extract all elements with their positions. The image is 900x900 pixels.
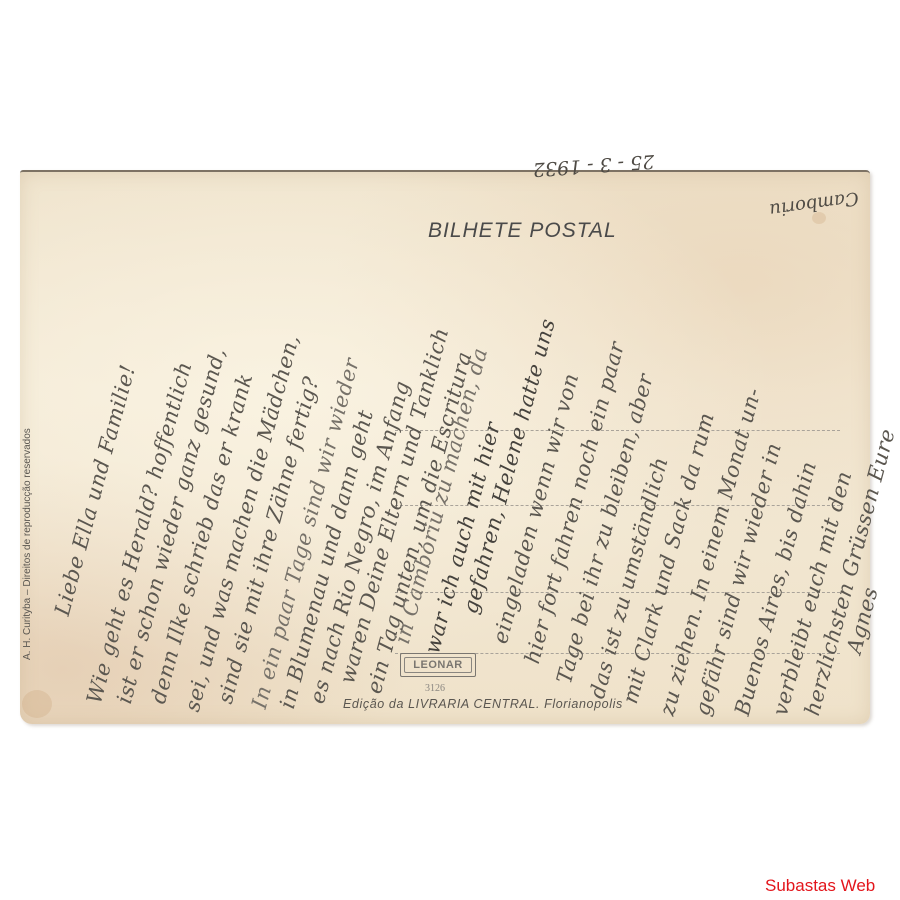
watermark-text: Subastas Web	[765, 876, 875, 896]
stamp-placeholder-box: LEONAR	[400, 653, 476, 677]
foxing-spot	[22, 690, 52, 718]
publisher-imprint: A. H. Curityba – Direitos de reproducção…	[22, 180, 33, 660]
edition-imprint: Edição da LIVRARIA CENTRAL. Florianopoli…	[343, 697, 623, 711]
printed-title: BILHETE POSTAL	[428, 219, 617, 243]
stamp-number: 3126	[425, 683, 445, 694]
stamp-label: LEONAR	[404, 657, 472, 673]
